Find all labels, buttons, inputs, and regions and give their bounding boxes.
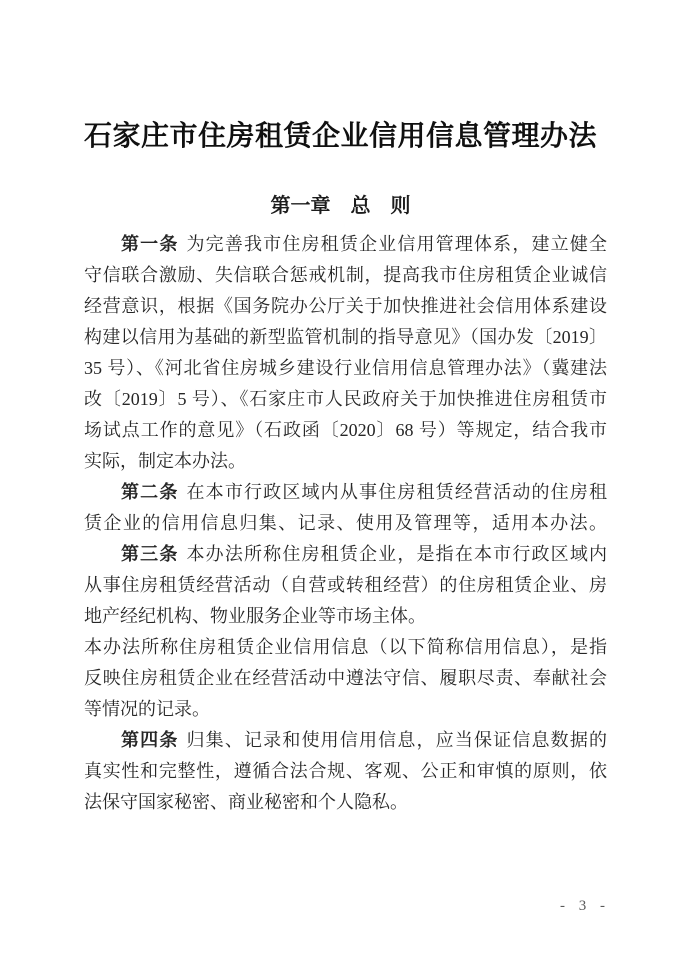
text-line: 第一条为完善我市住房租赁企业信用管理体系，建立健全 <box>84 229 607 260</box>
body-text: 第一条为完善我市住房租赁企业信用管理体系，建立健全守信联合激励、失信联合惩戒机制… <box>84 229 607 818</box>
text-line: 从事住房租赁经营活动（自营或转租经营）的住房租赁企业、房 <box>84 570 607 601</box>
text-line: 真实性和完整性，遵循合法合规、客观、公正和审慎的原则，依 <box>84 756 607 787</box>
text-line: 第二条在本市行政区域内从事住房租赁经营活动的住房租 <box>84 477 607 508</box>
chapter-heading: 第一章 总 则 <box>0 193 681 220</box>
text-line: 经营意识，根据《国务院办公厅关于加快推进社会信用体系建设 <box>84 291 607 322</box>
text-line: 法保守国家秘密、商业秘密和个人隐私。 <box>84 787 607 818</box>
text-line: 第三条本办法所称住房租赁企业，是指在本市行政区域内 <box>84 539 607 570</box>
text-line: 35 号）、《河北省住房城乡建设行业信用信息管理办法》（冀建法 <box>84 353 607 384</box>
text-line: 赁企业的信用信息归集、记录、使用及管理等，适用本办法。 <box>84 508 607 539</box>
document-title: 石家庄市住房租赁企业信用信息管理办法 <box>0 119 681 155</box>
article-label: 第三条 <box>121 544 179 564</box>
text-line: 场试点工作的意见》（石政函〔2020〕68 号）等规定，结合我市 <box>84 415 607 446</box>
text-line: 实际，制定本办法。 <box>84 446 607 477</box>
text-line: 改〔2019〕5 号）、《石家庄市人民政府关于加快推进住房租赁市 <box>84 384 607 415</box>
page-number: - 3 - <box>560 896 606 916</box>
text-line: 第四条归集、记录和使用信用信息，应当保证信息数据的 <box>84 725 607 756</box>
text-line: 构建以信用为基础的新型监管机制的指导意见》（国办发〔2019〕 <box>84 322 607 353</box>
document-page: 石家庄市住房租赁企业信用信息管理办法 第一章 总 则 第一条为完善我市住房租赁企… <box>0 0 681 978</box>
article-label: 第二条 <box>121 482 179 502</box>
article-label: 第四条 <box>121 730 179 750</box>
text-line: 地产经纪机构、物业服务企业等市场主体。 <box>84 601 607 632</box>
article-label: 第一条 <box>121 234 179 254</box>
text-line: 本办法所称住房租赁企业信用信息（以下简称信用信息），是指 <box>84 632 607 663</box>
text-line: 等情况的记录。 <box>84 694 607 725</box>
text-line: 反映住房租赁企业在经营活动中遵法守信、履职尽责、奉献社会 <box>84 663 607 694</box>
text-line: 守信联合激励、失信联合惩戒机制，提高我市住房租赁企业诚信 <box>84 260 607 291</box>
